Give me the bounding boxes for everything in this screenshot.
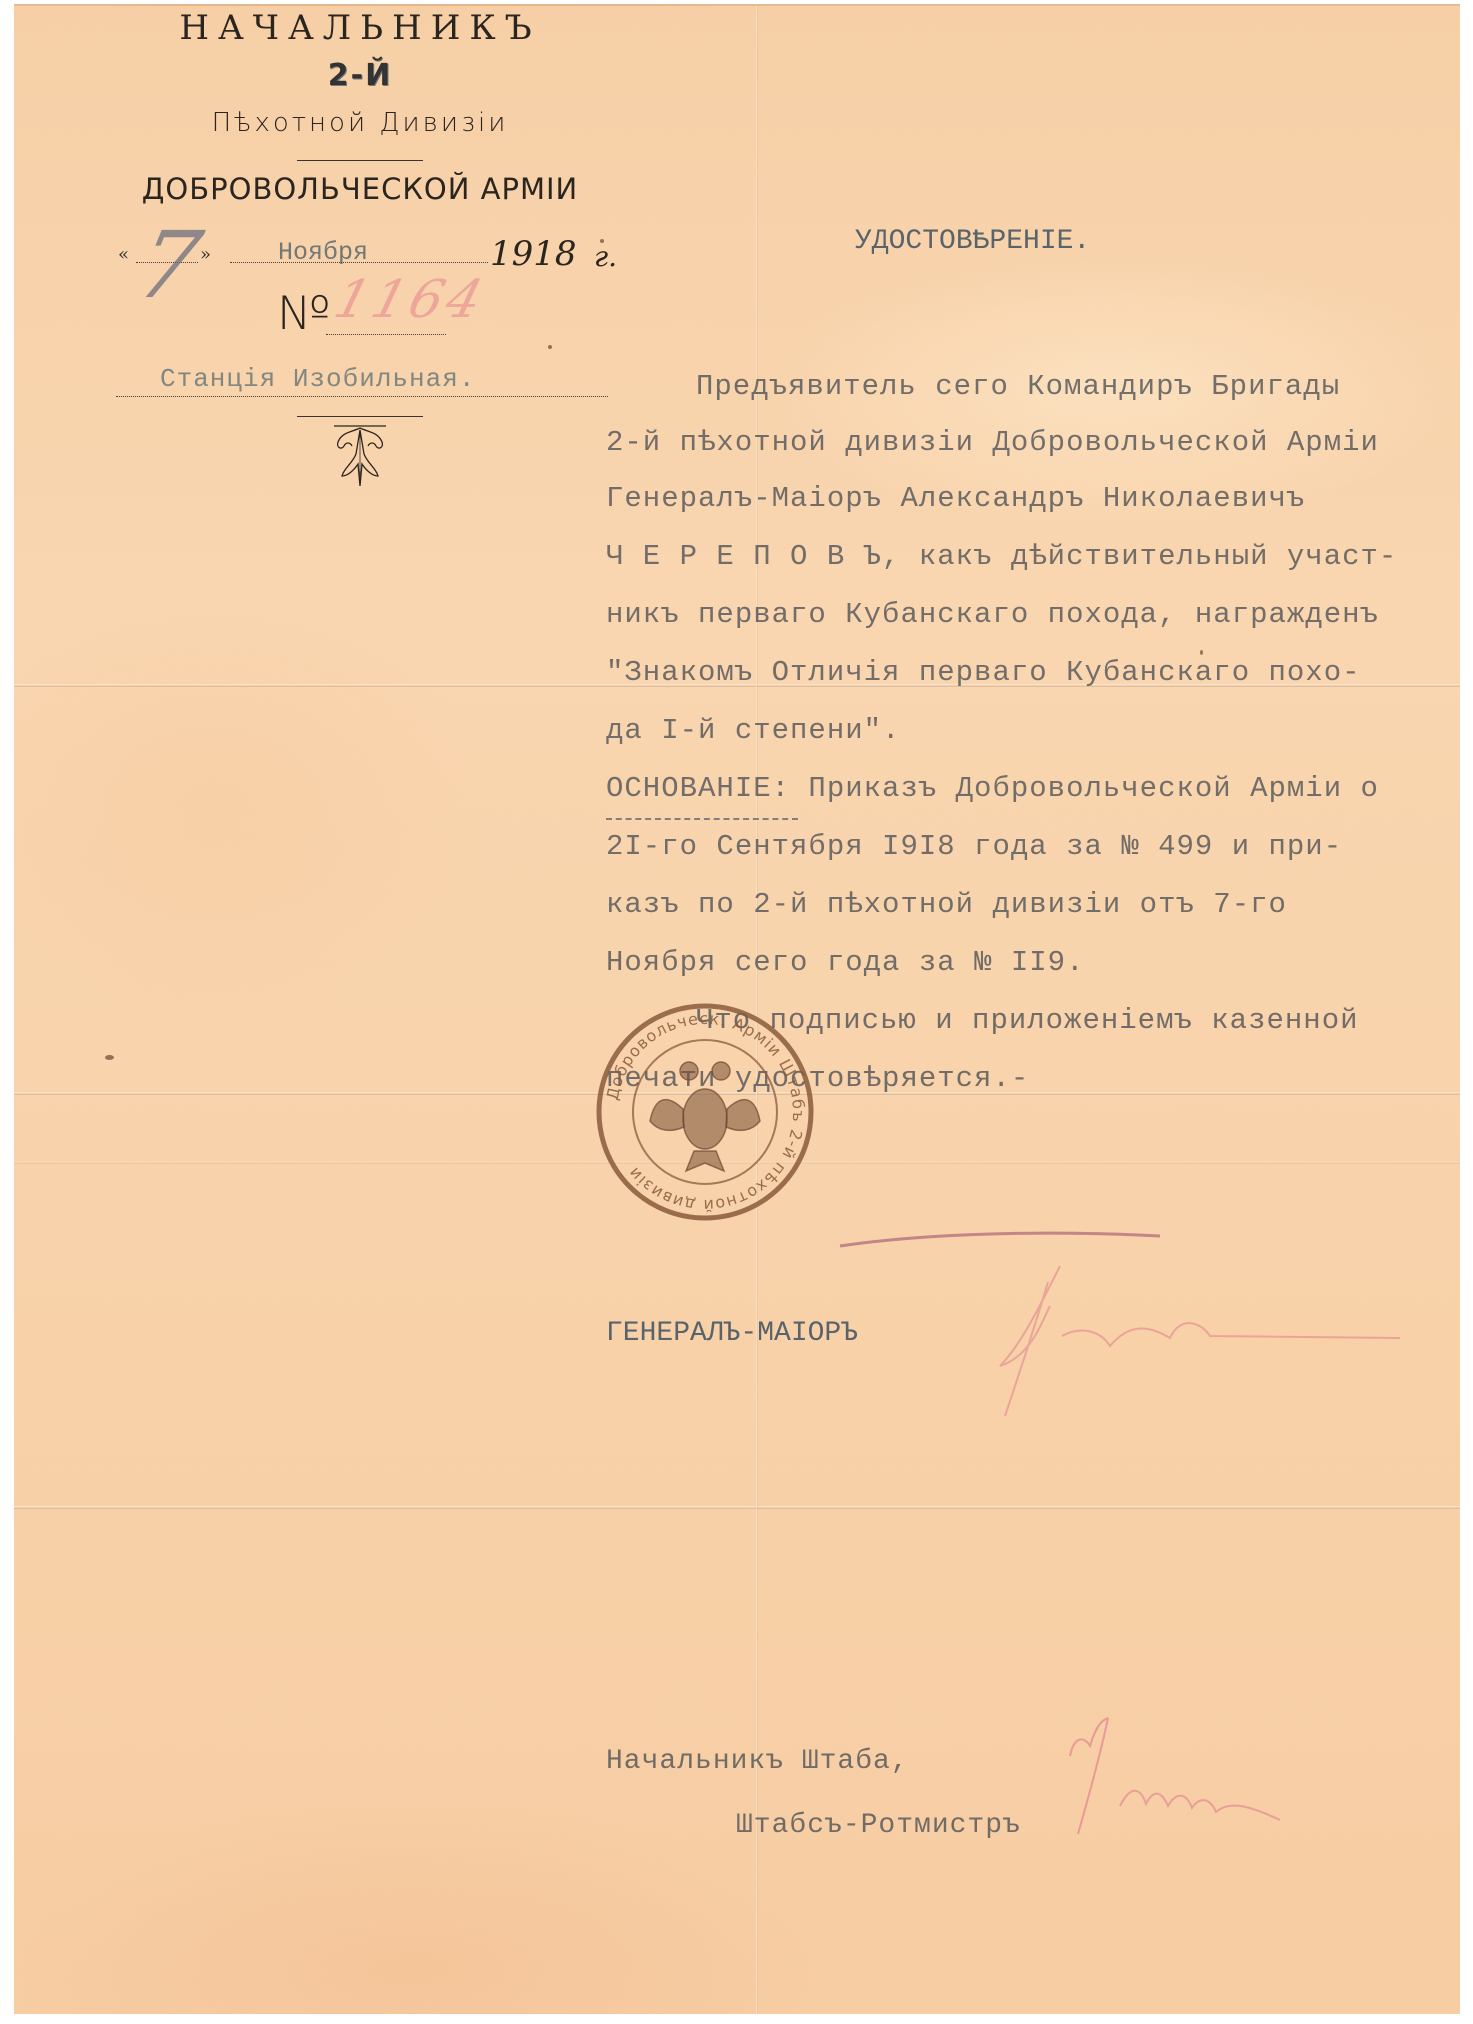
body-line: Ноября сего года за № II9. <box>606 946 1084 979</box>
station-name: Станцiя Изобильная. <box>160 364 475 394</box>
letterhead-army: ДОБРОВОЛЬЧЕСКОЙ АРМIИ <box>100 172 620 206</box>
letterhead-title: НАЧАЛЬНИКЪ <box>100 8 620 48</box>
signatory-title-chief-of-staff: Начальникъ Штаба, <box>606 1746 909 1777</box>
body-line: Ч Е Р Е П О В Ъ, какъ дѣйствительный уча… <box>606 540 1397 573</box>
fold-line <box>14 1506 1460 1509</box>
paper-speck <box>1200 650 1203 655</box>
letterhead-date: « » 7 Ноября 1918 г. <box>118 232 618 272</box>
body-line: никъ перваго Кубанскаго похода, награжде… <box>606 598 1379 631</box>
paper-speck <box>105 1055 114 1060</box>
quote-open: « <box>118 244 129 265</box>
date-month: Ноября <box>278 238 368 267</box>
date-year: 1918 <box>490 234 577 274</box>
letterhead-division-number: 2-Й <box>100 58 620 93</box>
number-handwritten: 1164 <box>328 270 492 330</box>
body-line: Генералъ-Маiоръ Александръ Николаевичъ <box>606 482 1305 515</box>
body-line: Предъявитель сего Командиръ Бригады <box>696 370 1340 403</box>
body-line: казъ по 2-й пѣхотной дивизiи отъ 7-го <box>606 888 1287 921</box>
body-line: 2I-го Сентября I9I8 года за № 499 и при- <box>606 830 1342 863</box>
official-seal-icon: Добровольческ. Армiи Штабъ 2-й пѣхотной … <box>594 1001 816 1223</box>
body-line: 2-й пѣхотной дивизiи Добровольческой Арм… <box>606 426 1379 459</box>
letterhead-rule <box>297 416 423 417</box>
signature-chief-of-staff: Пахомовъ <box>1050 1716 1340 1836</box>
body-line: "Знакомъ Отличiя перваго Кубанскаго похо… <box>606 656 1361 689</box>
signatory-rank-captain: Штабсъ-Ротмистръ <box>736 1810 1021 1841</box>
document-title: УДОСТОВѢРЕНIЕ. <box>855 226 1090 257</box>
dotted-line <box>116 396 608 397</box>
number-label: № <box>277 286 331 340</box>
fleur-ornament-icon <box>330 424 390 490</box>
body-line-basis: ОСНОВАНIЕ: Приказъ Добровольческой Армiи… <box>606 772 1379 805</box>
basis-underline <box>606 818 798 820</box>
body-line: да I-й степени". <box>606 714 900 747</box>
date-year-suffix: г. <box>594 240 617 273</box>
signature-general: Бородаевскiй <box>800 1226 1440 1426</box>
dotted-line <box>326 334 446 335</box>
paper-speck <box>548 345 552 349</box>
letterhead-division: Пѣхотной Дивизiи <box>100 108 620 138</box>
letterhead-rule <box>297 160 423 161</box>
